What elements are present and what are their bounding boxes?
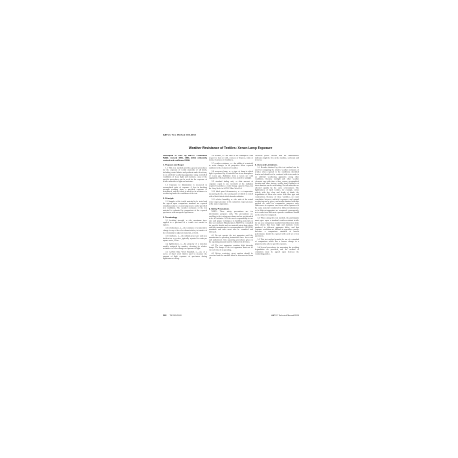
- document-page: AATCC Test Method 169-2003 Weather Resis…: [162, 133, 299, 325]
- paragraph: 3.11 relative humidity, n.—the ratio of …: [209, 199, 253, 206]
- paragraph: 3.4 lightfastness, n.—the property of a …: [163, 243, 207, 250]
- column-1: Developed in 1987 by AATCC Committee RA5…: [163, 155, 207, 314]
- doc-header: AATCC Test Method 169-2003: [163, 134, 300, 140]
- text-columns: Developed in 1987 by AATCC Committee RA5…: [163, 155, 299, 314]
- section-heading: 2. Principle: [163, 197, 207, 199]
- doc-header-text: AATCC Test Method 169-2003: [163, 134, 300, 136]
- paragraph: 5.4 Several procedures for measuring the…: [255, 247, 299, 256]
- paragraph: 4.2 The test apparatus contains high int…: [209, 245, 253, 252]
- doc-title-text: Weather Resistance of Textiles: Xenon La…: [162, 146, 299, 150]
- paragraph: 5.1 Results obtained by this test method…: [255, 167, 299, 216]
- footer-doc-code: TM 169-2003: [170, 315, 182, 317]
- paragraph: 4.1 Do not operate the test apparatus un…: [209, 235, 253, 244]
- section-heading: 4. Safety Precautions: [209, 208, 253, 210]
- paragraph: 3.3 irradiance, n.—the radiant power per…: [163, 235, 207, 242]
- paragraph: 3.2 colorfastness, n.—the resistance of …: [163, 228, 207, 235]
- paragraph: 3.6 weather, n.—the state of the atmosph…: [209, 155, 253, 162]
- paragraph: 5.2 When using this test method, the par…: [255, 218, 299, 238]
- paragraph: 3.8 xenon-arc lamp, n.—a type of lamp in…: [209, 171, 253, 180]
- paragraph: NOTE: These safety precautions are for i…: [209, 211, 253, 233]
- column-2: 3.6 weather, n.—the state of the atmosph…: [209, 155, 253, 314]
- paragraph: 3.9 standard fading unit, n.—that amount…: [209, 181, 253, 190]
- footer-page-number: 288: [163, 315, 166, 317]
- section-heading: 1. Purpose and Scope: [163, 164, 207, 166]
- intro-paragraph: Developed in 1987 by AATCC Committee RA5…: [163, 155, 207, 162]
- paragraph: 1.1 This test method provides general pr…: [163, 167, 207, 183]
- paragraph: 4.3 Before servicing, great caution shou…: [209, 253, 253, 260]
- footer-right: AATCC Technical Manual/2010: [271, 315, 299, 317]
- screenshot-canvas: AATCC Test Method 169-2003 Weather Resis…: [0, 0, 458, 458]
- paragraph: 3.5 AATCC Blue Wool Standard, n.—one of …: [163, 251, 207, 260]
- paragraph: 3.1 breaking strength, n.—the maximum fo…: [163, 220, 207, 227]
- column-3: electrical power circuits that the manuf…: [255, 155, 299, 314]
- doc-footer: 288TM 169-2003 AATCC Technical Manual/20…: [163, 315, 299, 321]
- paragraph: 3.10 black panel thermometer, n.—a tempe…: [209, 191, 253, 198]
- section-heading: 5. Uses and Limitations: [255, 164, 299, 166]
- paragraph-continuation: electrical power circuits that the manuf…: [255, 155, 299, 162]
- paragraph: 5.3 This test method permits the use of …: [255, 239, 299, 246]
- paragraph: 1.2 Exposure to illumination is measured…: [163, 184, 207, 195]
- section-heading: 3. Terminology: [163, 216, 207, 218]
- doc-title: Weather Resistance of Textiles: Xenon La…: [162, 146, 299, 154]
- paragraph: 2.1 Samples of the textile material to b…: [163, 201, 207, 214]
- paragraph: 3.7 weather resistance, n.—the ability o…: [209, 163, 253, 170]
